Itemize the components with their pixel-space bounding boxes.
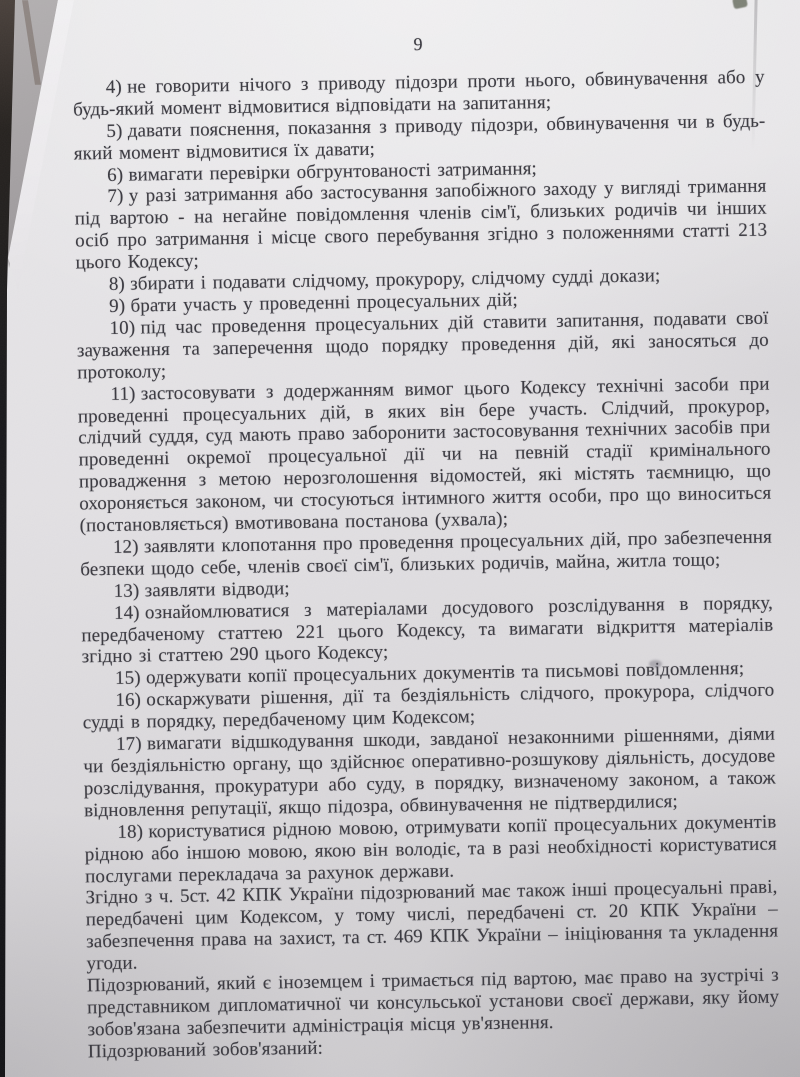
item-number: 11) — [110, 383, 135, 404]
item-number: 4) — [106, 77, 122, 98]
scan-smudge — [649, 660, 662, 668]
item-number: 13) — [114, 580, 140, 601]
item-number: 17) — [116, 734, 142, 755]
paragraph-foreigner-rights: Підозрюваний, який є іноземцем і тримаєт… — [87, 965, 780, 1042]
paragraph-other-rights: Згідно з ч. 5ст. 42 КПК України підозрюв… — [85, 877, 778, 975]
list-item: 7)у разі затримання або застосування зап… — [74, 176, 767, 274]
item-number: 5) — [106, 120, 122, 141]
item-number: 7) — [107, 186, 123, 207]
item-number: 18) — [117, 821, 143, 842]
item-number: 10) — [109, 317, 135, 338]
item-number: 15) — [115, 668, 141, 689]
item-number: 6) — [107, 164, 123, 185]
list-item: 17)вимагати відшкодування шкоди, завдано… — [83, 724, 776, 822]
item-number: 14) — [114, 602, 140, 623]
item-text: ознайомлюватися з матеріалами досудового… — [81, 592, 773, 668]
item-number: 9) — [109, 296, 125, 317]
item-text: користуватися рідною мовою, отримувати к… — [85, 811, 777, 887]
item-number: 8) — [109, 274, 125, 295]
item-text: заявляти відводи; — [144, 578, 289, 601]
item-text: застосовувати з додержанням вимог цього … — [78, 373, 772, 536]
item-text: вимагати відшкодування шкоди, завданої н… — [83, 724, 776, 822]
list-item: 10)під час проведення процесуальних дій … — [76, 307, 769, 384]
list-item: 18)користуватися рідною мовою, отримуват… — [84, 811, 777, 888]
item-number: 12) — [113, 536, 139, 557]
item-text: під час проведення процесуальних дій ста… — [77, 307, 769, 383]
item-text: у разі затримання або застосування запоб… — [75, 176, 768, 274]
document-photo: 9 4)не говорити нічого з приводу підозри… — [0, 0, 800, 1077]
item-number: 16) — [115, 690, 141, 711]
list-item: 11)застосовувати з додержанням вимог цьо… — [77, 373, 771, 537]
document-text: 9 4)не говорити нічого з приводу підозри… — [72, 29, 780, 1063]
list-item: 14)ознайомлюватися з матеріалами досудов… — [81, 592, 774, 669]
